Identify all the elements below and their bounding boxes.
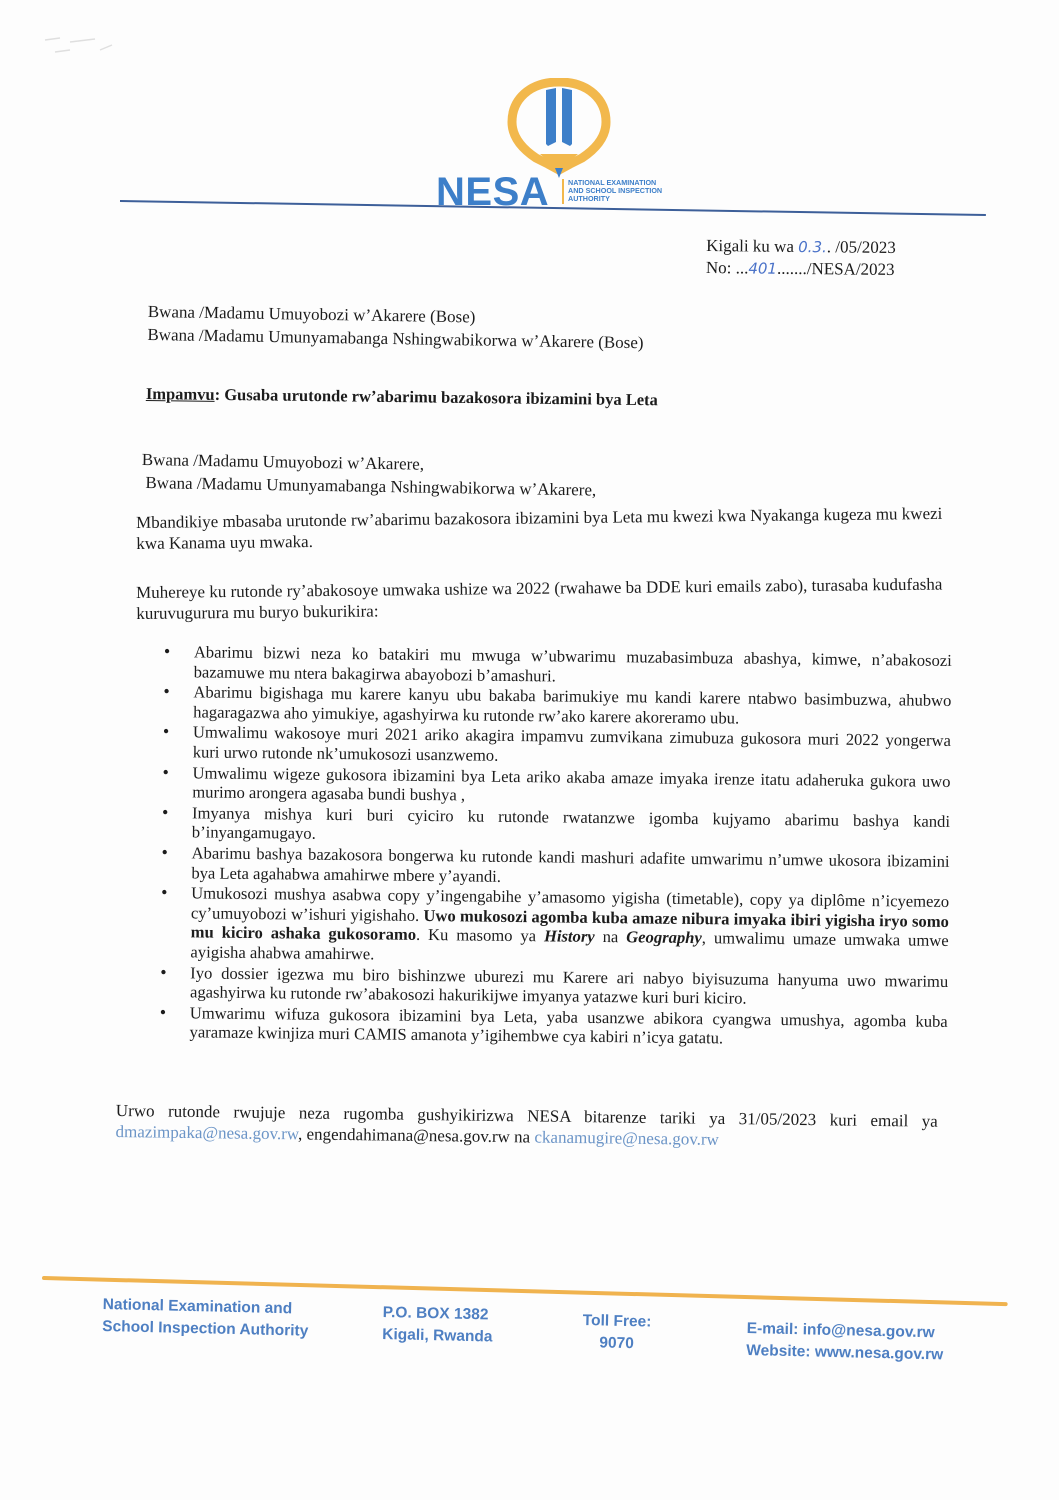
footer-org: National Examination and School Inspecti… — [102, 1294, 309, 1343]
list-item: Umwarimu wifuza gukosora ibizamini bya L… — [157, 1003, 947, 1051]
closing-paragraph: Urwo rutonde rwujuje neza rugomba gushyi… — [115, 1100, 937, 1153]
list-item: Umukosozi mushya asabwa copy y’ingengabi… — [158, 883, 949, 970]
subject-label: Impamvu — [146, 384, 215, 404]
email-link[interactable]: ckanamugire@nesa.gov.rw — [534, 1127, 719, 1148]
subject-text: : Gusaba urutonde rw’abarimu bazakosora … — [215, 385, 658, 409]
org-tagline-line: Authority — [568, 195, 662, 203]
letter-date: Kigali ku wa 0.3.. /05/2023 — [706, 235, 896, 259]
handwritten-day: 0.3. — [798, 238, 827, 256]
addressee-block: Bwana /Madamu Umuyobozi w’Akarere (Bose)… — [147, 300, 644, 354]
email-link[interactable]: engendahimana@nesa.gov.rw — [306, 1124, 510, 1146]
footer-contact: E-mail: info@nesa.gov.rw Website: www.ne… — [746, 1318, 944, 1366]
intro-paragraph: Mbandikiye mbasaba urutonde rw’abarimu b… — [136, 503, 946, 554]
requirements-list: Abarimu bizwi neza ko batakiri mu mwuga … — [157, 642, 951, 1052]
reference-block: Kigali ku wa 0.3.. /05/2023 No: ...401..… — [706, 235, 896, 281]
footer-address: P.O. BOX 1382 Kigali, Rwanda — [382, 1302, 493, 1348]
subject-geography: Geography — [626, 928, 702, 948]
scan-smudge — [40, 30, 120, 60]
footer-tollfree: Toll Free: 9070 — [582, 1310, 652, 1356]
context-paragraph: Muhereye ku rutonde ry’abakosoye umwaka … — [136, 574, 946, 624]
org-tagline: National Examination and School Inspecti… — [562, 179, 662, 204]
email-link[interactable]: dmazimpaka@nesa.gov.rw — [115, 1122, 298, 1143]
handwritten-number: 401 — [748, 259, 777, 277]
pencil-book-logo-icon — [504, 78, 614, 178]
subject-line: Impamvu: Gusaba urutonde rw’abarimu baza… — [146, 384, 658, 410]
letter-number: No: ...401......./NESA/2023 — [706, 257, 896, 281]
salutation: Bwana /Madamu Umuyobozi w’Akarere, Bwana… — [141, 448, 597, 502]
letterhead-logo: NESA National Examination and School Ins… — [432, 78, 702, 218]
subject-history: History — [544, 927, 595, 947]
footer-website[interactable]: Website: www.nesa.gov.rw — [746, 1340, 943, 1366]
